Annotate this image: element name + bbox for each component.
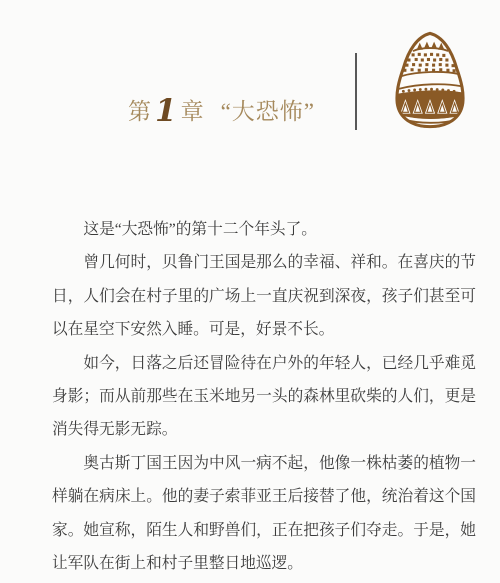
paragraph: 曾几何时，贝鲁门王国是那么的幸福、祥和。在喜庆的节日，人们会在村子里的广场上一直… — [52, 246, 476, 346]
chapter-text: 这是“大恐怖”的第十二个年头了。 曾几何时，贝鲁门王国是那么的幸福、祥和。在喜庆… — [52, 213, 476, 580]
paragraph: 如今，日落之后还冒险待在户外的年轻人，已经几乎难觅身影；而从前那些在玉米地另一头… — [52, 347, 476, 447]
chapter-title: “大恐怖” — [221, 93, 315, 126]
decorated-egg-icon — [389, 31, 471, 129]
book-page: 第 1 章 “大恐怖” — [0, 0, 500, 583]
chapter-suffix: 章 — [181, 93, 205, 126]
chapter-number: 1 — [155, 96, 177, 127]
paragraph: 这是“大恐怖”的第十二个年头了。 — [52, 213, 476, 246]
chapter-prefix: 第 — [128, 93, 152, 126]
chapter-heading: 第 1 章 “大恐怖” — [128, 93, 315, 131]
header-divider — [355, 53, 357, 130]
paragraph: 奥古斯丁国王因为中风一病不起，他像一株枯萎的植物一样躺在病床上。他的妻子索菲亚王… — [52, 447, 476, 581]
